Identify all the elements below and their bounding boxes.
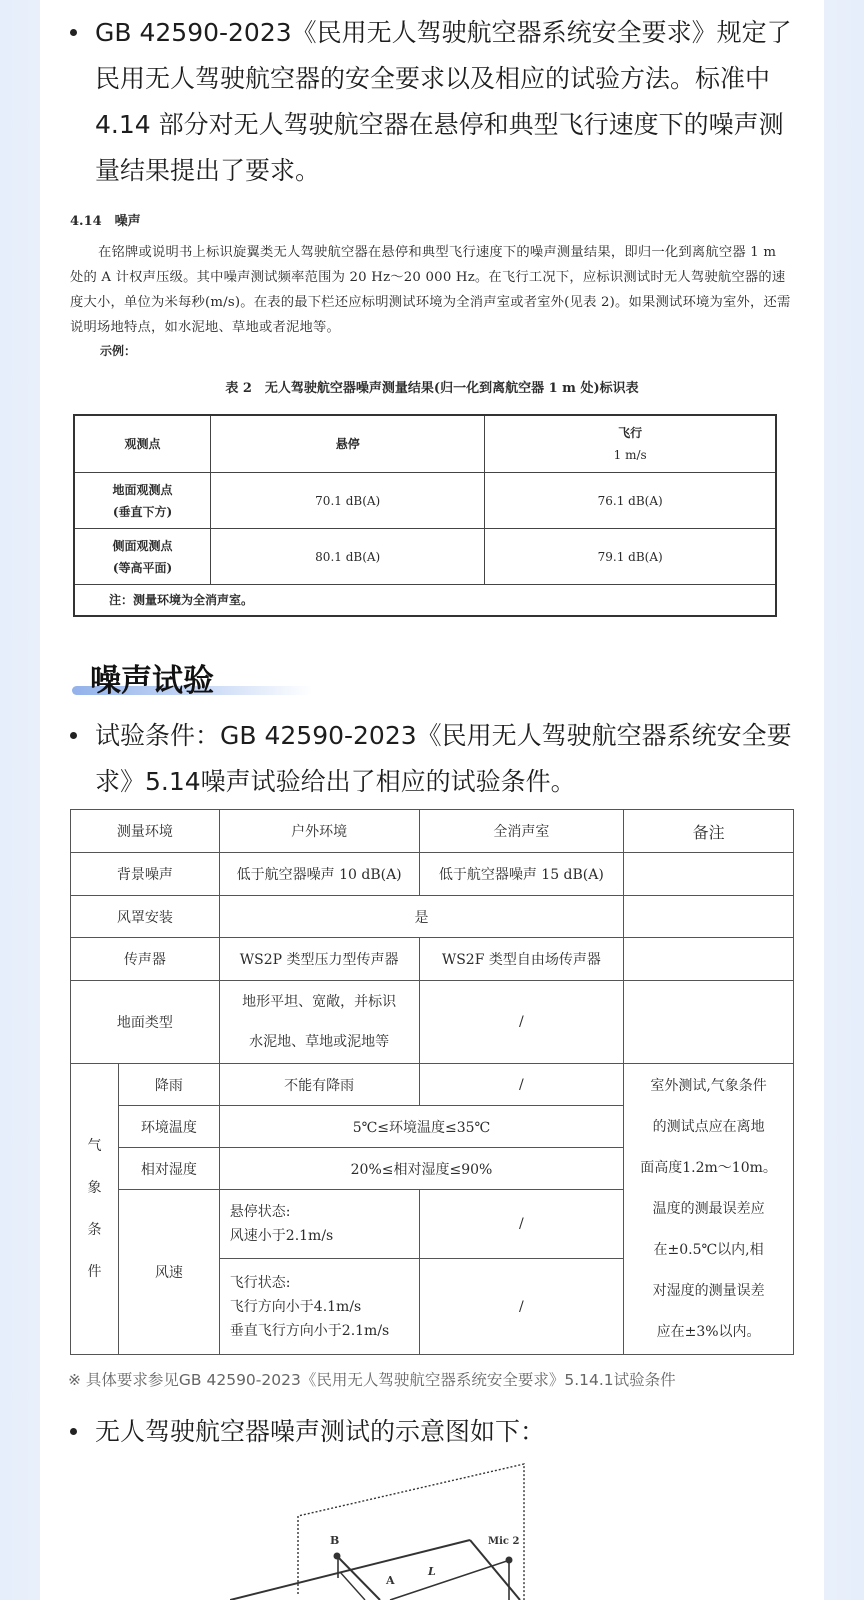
table-row: 传声器 WS2P 类型压力型传声器 WS2F 类型自由场传声器 bbox=[71, 938, 794, 981]
excerpt-example-label: 示例： bbox=[100, 342, 824, 359]
weather-group-label: 气 象 条 件 bbox=[71, 1064, 119, 1355]
header-hover: 悬停 bbox=[211, 415, 485, 473]
intro-bullet: GB 42590-2023《民用无人驾驶航空器系统安全要求》规定了民用无人驾驶航… bbox=[70, 10, 800, 194]
test-conditions-table: 测量环境 户外环境 全消声室 备注 背景噪声 低于航空器噪声 10 dB(A) … bbox=[70, 809, 794, 1355]
diagram-intro-bullet: 无人驾驶航空器噪声测试的示意图如下： bbox=[70, 1409, 800, 1455]
table-row: 气 象 条 件 降雨 不能有降雨 / 室外测试,气象条件 的测试点应在离地 面高… bbox=[71, 1064, 794, 1106]
noise-test-diagram: B A L Mic 2 bbox=[230, 1460, 570, 1600]
table-row: 地面观测点 (垂直下方) 70.1 dB(A) 76.1 dB(A) bbox=[74, 473, 776, 529]
hover-value: 70.1 dB(A) bbox=[211, 473, 485, 529]
table-row: 风罩安装 是 bbox=[71, 896, 794, 938]
conditions-bullet: 试验条件：GB 42590-2023《民用无人驾驶航空器系统安全要求》5.14噪… bbox=[70, 713, 800, 805]
flight-value: 79.1 dB(A) bbox=[485, 529, 776, 585]
label-l: L bbox=[427, 1565, 436, 1578]
label-a: A bbox=[385, 1574, 395, 1587]
excerpt-body: 在铭牌或说明书上标识旋翼类无人驾驶航空器在悬停和典型飞行速度下的噪声测量结果，即… bbox=[70, 240, 794, 340]
conditions-text: 试验条件：GB 42590-2023《民用无人驾驶航空器系统安全要求》5.14噪… bbox=[70, 713, 800, 805]
label-mic2: Mic 2 bbox=[488, 1536, 519, 1547]
weather-remark: 室外测试,气象条件 的测试点应在离地 面高度1.2m～10m。 温度的测最误差应… bbox=[624, 1064, 794, 1355]
bullet-dot-icon bbox=[70, 732, 77, 739]
table-row: 背景噪声 低于航空器噪声 10 dB(A) 低于航空器噪声 15 dB(A) bbox=[71, 853, 794, 896]
table-header-row: 测量环境 户外环境 全消声室 备注 bbox=[71, 810, 794, 853]
bullet-dot-icon bbox=[70, 1428, 77, 1435]
row-label: 侧面观测点 (等高平面) bbox=[74, 529, 211, 585]
excerpt-section-title: 4.14 噪声 bbox=[70, 210, 794, 229]
table-row: 侧面观测点 (等高平面) 80.1 dB(A) 79.1 dB(A) bbox=[74, 529, 776, 585]
row-label: 地面观测点 (垂直下方) bbox=[74, 473, 211, 529]
noise-result-table: 观测点 悬停 飞行 1 m/s 地面观测点 (垂直下方) 70.1 dB(A) … bbox=[73, 414, 777, 617]
flight-value: 76.1 dB(A) bbox=[485, 473, 776, 529]
table-note-row: 注：测量环境为全消声室。 bbox=[74, 585, 776, 617]
label-b: B bbox=[330, 1534, 339, 1547]
diagram-intro-text: 无人驾驶航空器噪声测试的示意图如下： bbox=[70, 1409, 800, 1455]
header-observation-point: 观测点 bbox=[74, 415, 211, 473]
hover-value: 80.1 dB(A) bbox=[211, 529, 485, 585]
section-heading: 噪声试验 bbox=[90, 655, 214, 700]
footnote: ※ 具体要求参见GB 42590-2023《民用无人驾驶航空器系统安全要求》5.… bbox=[68, 1368, 676, 1390]
table-header-row: 观测点 悬停 飞行 1 m/s bbox=[74, 415, 776, 473]
header-flight: 飞行 1 m/s bbox=[485, 415, 776, 473]
table-row: 地面类型 地形平坦、宽敞，并标识 水泥地、草地或泥地等 / bbox=[71, 981, 794, 1064]
table-note: 注：测量环境为全消声室。 bbox=[74, 585, 776, 617]
intro-text: GB 42590-2023《民用无人驾驶航空器系统安全要求》规定了民用无人驾驶航… bbox=[70, 10, 800, 194]
excerpt-table-caption: 表 2 无人驾驶航空器噪声测量结果(归一化到离航空器 1 m 处)标识表 bbox=[70, 377, 794, 396]
bullet-dot-icon bbox=[70, 29, 77, 36]
